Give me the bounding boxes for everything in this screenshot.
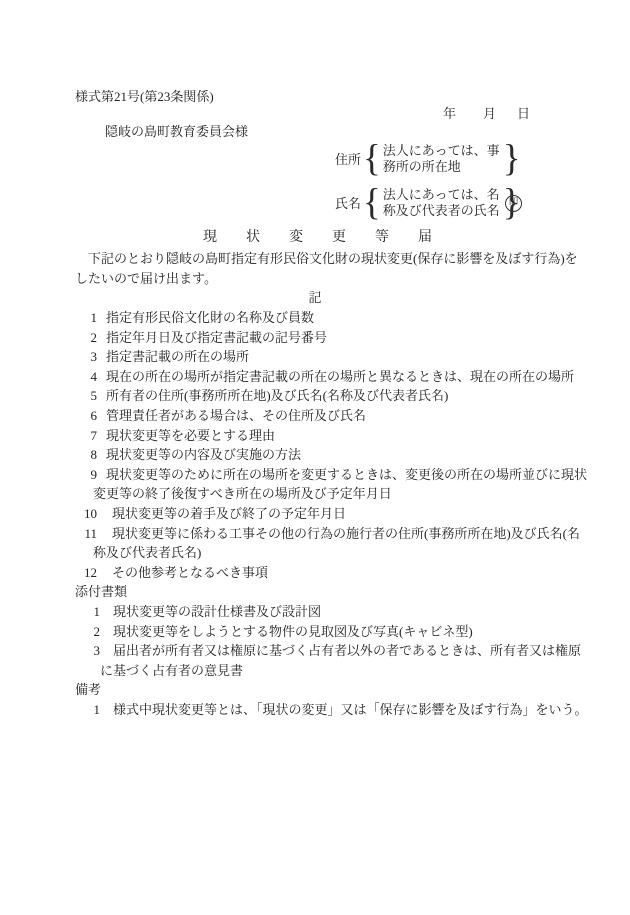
item-text: 届出者が所有者又は権原に基づく占有者以外の者であるときは、所有者又は権原 [113, 643, 581, 658]
item-text: 現状変更等をしようとする物件の見取図及び写真(キャビネ型) [113, 624, 473, 639]
year-label: 年 [443, 106, 456, 121]
item-number: 11 [75, 524, 97, 544]
item-text: 現状変更等に係わる工事その他の行為の施行者の住所(事務所所在地)及び氏名(名 [112, 526, 580, 541]
list-item: 10現状変更等の着手及び終了の予定年月日 [0, 504, 630, 524]
open-brace: { [363, 183, 381, 221]
attachment-item: 2現状変更等をしようとする物件の見取図及び写真(キャビネ型) [0, 622, 630, 642]
name-note-line1: 法人にあっては、名 [383, 187, 501, 203]
list-item: 8現状変更等の内容及び実施の方法 [0, 445, 630, 465]
name-note: 法人にあっては、名 称及び代表者の氏名 [381, 187, 503, 219]
attachment-item: 3届出者が所有者又は権原に基づく占有者以外の者であるときは、所有者又は権原 [0, 641, 630, 661]
name-block: 氏名 { 法人にあっては、名 称及び代表者の氏名 } [335, 184, 521, 221]
item-number: 8 [75, 445, 97, 465]
address-label: 住所 [335, 149, 361, 168]
intro-line1: 下記のとおり隠岐の島町指定有形民俗文化財の現状変更(保存に影響を及ぼす行為)を [75, 249, 560, 269]
list-item: 4現在の所在の場所が指定書記載の所在の場所と異なるときは、現在の所在の場所 [0, 367, 630, 387]
item-number: 2 [75, 328, 97, 348]
item-text: 様式中現状変更等とは、「現状の変更」又は「保存に影響を及ぼす行為」をいう。 [113, 702, 588, 717]
item-number: 7 [75, 426, 97, 446]
attachment-item: 1現状変更等の設計仕様書及び設計図 [0, 602, 630, 622]
item-text: 現状変更等の内容及び実施の方法 [106, 447, 301, 462]
document-title: 現状変更等届 [0, 226, 630, 246]
item-list: 1指定有形民俗文化財の名称及び員数 2指定年月日及び指定書記載の記号番号 3指定… [0, 308, 630, 719]
intro-line2: したいので届け出ます。 [75, 269, 560, 289]
item-number: 2 [78, 622, 100, 642]
item-text: 変更等の終了後復すべき所在の場所及び予定年月日 [93, 486, 392, 501]
item-text: 称及び代表者氏名) [93, 545, 201, 560]
remarks-heading: 備考 [0, 680, 630, 700]
address-block: 住所 { 法人にあっては、事 務所の所在地 } [335, 140, 521, 177]
item-number: 3 [78, 641, 100, 661]
list-item: 2指定年月日及び指定書記載の記号番号 [0, 328, 630, 348]
item-number: 5 [75, 386, 97, 406]
item-number: 9 [75, 465, 97, 485]
item-text: 現状変更等の着手及び終了の予定年月日 [112, 506, 346, 521]
item-text: 指定有形民俗文化財の名称及び員数 [106, 310, 314, 325]
item-number: 1 [75, 308, 97, 328]
attachment-item-continuation: に基づく占有者の意見書 [0, 661, 630, 681]
item-text: に基づく占有者の意見書 [100, 663, 243, 678]
address-note-line1: 法人にあっては、事 [383, 143, 501, 159]
item-number: 10 [75, 504, 97, 524]
item-text: 現状変更等を必要とする理由 [106, 428, 275, 443]
list-item: 12その他参考となるべき事項 [0, 563, 630, 583]
close-brace: } [503, 139, 521, 177]
address-note-line2: 務所の所在地 [383, 159, 501, 175]
list-item: 3指定書記載の所在の場所 [0, 347, 630, 367]
item-text: その他参考となるべき事項 [112, 565, 268, 580]
list-item: 9現状変更等のために所在の場所を変更するときは、変更後の所在の場所並びに現状 [0, 465, 630, 485]
item-number: 1 [78, 700, 100, 720]
item-number: 4 [75, 367, 97, 387]
item-text: 現状変更等のために所在の場所を変更するときは、変更後の所在の場所並びに現状 [106, 467, 587, 482]
date-line: 年月日 [443, 103, 530, 122]
address-note: 法人にあっては、事 務所の所在地 [381, 143, 503, 175]
name-note-line2: 称及び代表者の氏名 [383, 203, 501, 219]
item-number: 3 [75, 347, 97, 367]
item-text: 現在の所在の場所が指定書記載の所在の場所と異なるときは、現在の所在の場所 [106, 369, 574, 384]
open-brace: { [363, 139, 381, 177]
list-item: 11現状変更等に係わる工事その他の行為の施行者の住所(事務所所在地)及び氏名(名 [0, 524, 630, 544]
item-text: 所有者の住所(事務所所在地)及び氏名(名称及び代表者氏名) [106, 388, 448, 403]
seal-icon: 印 [505, 195, 522, 212]
item-text: 指定書記載の所在の場所 [106, 349, 249, 364]
item-text: 現状変更等の設計仕様書及び設計図 [113, 604, 321, 619]
ki-heading: 記 [0, 287, 630, 306]
list-item: 7現状変更等を必要とする理由 [0, 426, 630, 446]
item-text: 指定年月日及び指定書記載の記号番号 [106, 330, 327, 345]
intro-paragraph: 下記のとおり隠岐の島町指定有形民俗文化財の現状変更(保存に影響を及ぼす行為)を … [75, 249, 560, 288]
list-item: 1指定有形民俗文化財の名称及び員数 [0, 308, 630, 328]
list-item-continuation: 称及び代表者氏名) [0, 543, 630, 563]
addressee: 隠岐の島町教育委員会様 [105, 121, 248, 140]
item-number: 6 [75, 406, 97, 426]
name-label: 氏名 [335, 193, 361, 212]
month-label: 月 [483, 106, 496, 121]
form-page: 様式第21号(第23条関係) 年月日 隠岐の島町教育委員会様 住所 { 法人にあ… [0, 0, 630, 915]
item-text: 管理責任者がある場合は、その住所及び氏名 [106, 408, 366, 423]
list-item-continuation: 変更等の終了後復すべき所在の場所及び予定年月日 [0, 484, 630, 504]
remark-item: 1様式中現状変更等とは、「現状の変更」又は「保存に影響を及ぼす行為」をいう。 [0, 700, 630, 720]
day-label: 日 [517, 106, 530, 121]
item-number: 12 [75, 563, 97, 583]
item-number: 1 [78, 602, 100, 622]
list-item: 5所有者の住所(事務所所在地)及び氏名(名称及び代表者氏名) [0, 386, 630, 406]
list-item: 6管理責任者がある場合は、その住所及び氏名 [0, 406, 630, 426]
attachments-heading: 添付書類 [0, 582, 630, 602]
form-number: 様式第21号(第23条関係) [75, 86, 214, 105]
